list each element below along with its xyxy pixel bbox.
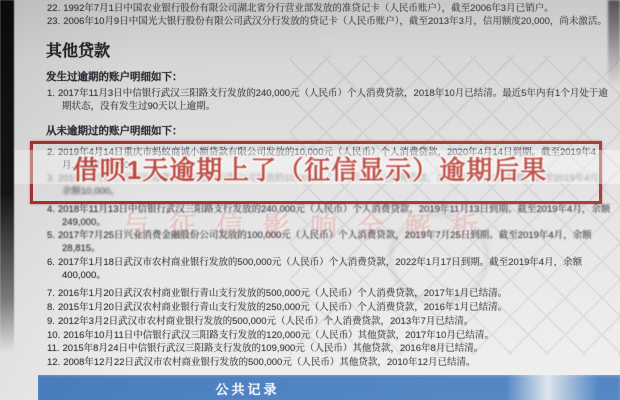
headline-text: 借呗1天逾期上了（征信显示）逾期后果 bbox=[73, 155, 547, 185]
item-text: 2012年3月2日武汉市农村商业银行发放的500,000元（人民币）个人消费贷款… bbox=[58, 316, 473, 327]
section-heading-other-loans: 其他贷款 bbox=[46, 38, 110, 61]
item-number: 9. bbox=[47, 316, 55, 327]
subsection-never-overdue-accounts: 从未逾期过的账户明细如下： bbox=[46, 123, 183, 138]
loan-item-5: 5.2017年7月25日兴业消费金融股份公司发放的100,000元（人民币）个人… bbox=[47, 229, 612, 255]
public-records-banner-label: 公共记录 bbox=[216, 379, 280, 398]
headline-overlay-line1: 借呗1天逾期上了（征信显示）逾期后果 bbox=[0, 150, 620, 184]
item-number: 10. bbox=[47, 330, 60, 341]
item-number: 12. bbox=[47, 357, 60, 368]
item-text: 2016年1月20日武汉农村商业银行青山支行发放的500,000元（人民币）个人… bbox=[58, 288, 507, 299]
item-number: 6. bbox=[47, 257, 55, 268]
loan-item-12: 12.2008年12月22日武汉市农村商业银行发放的500,000元（人民币）其… bbox=[47, 356, 612, 369]
item-text: 2015年1月20日武汉农村商业银行青山支行发放的250,000元（人民币）个人… bbox=[58, 302, 507, 313]
item-number: 11. bbox=[47, 343, 60, 354]
item-text: 2006年10月9日中国光大银行股份有限公司武汉分行发放的贷记卡（人民币账户），… bbox=[63, 16, 607, 27]
item-number: 1. bbox=[47, 88, 55, 99]
photo-dark-edge-left bbox=[0, 0, 14, 352]
item-text: 2008年12月22日武汉市农村商业银行发放的500,000元（人民币）其他贷款… bbox=[63, 357, 475, 368]
item-number: 8. bbox=[47, 302, 55, 313]
credit-report-photo: 22.1992年7月1日中国农业银行股份有限公司湖北省分行营业部发放的准贷记卡（… bbox=[0, 0, 620, 400]
subsection-overdue-accounts: 发生过逾期的账户明细如下： bbox=[46, 69, 183, 84]
loan-item-8: 8.2015年1月20日武汉农村商业银行青山支行发放的250,000元（人民币）… bbox=[47, 301, 612, 314]
item-text: 2017年7月25日兴业消费金融股份公司发放的100,000元（人民币）个人消费… bbox=[58, 230, 592, 254]
loan-item-11: 11.2015年8月24日中信银行武汉三阳路支行发放的109,900元（人民币）… bbox=[47, 342, 612, 355]
item-text: 2017年1月18日武汉市农村商业银行发放的500,000元（人民币）个人消费贷… bbox=[58, 257, 582, 281]
loan-item-1: 1.2017年11月3日中信银行武汉三阳路支行发放的240,000元（人民币）个… bbox=[47, 87, 612, 113]
item-number: 23. bbox=[47, 16, 60, 27]
loan-item-7: 7.2016年1月20日武汉农村商业银行青山支行发放的500,000元（人民币）… bbox=[47, 287, 612, 300]
loan-item-10: 10.2016年10月11日中信银行武汉三阳路支行发放的120,000元（人民币… bbox=[47, 329, 612, 342]
item-text: 1992年7月1日中国农业银行股份有限公司湖北省分行营业部发放的准贷记卡（人民币… bbox=[63, 3, 553, 14]
item-text: 2017年11月3日中信银行武汉三阳路支行发放的240,000元（人民币）个人消… bbox=[58, 88, 608, 112]
item-number: 22. bbox=[47, 3, 60, 14]
loan-item-9: 9.2012年3月2日武汉市农村商业银行发放的500,000元（人民币）个人消费… bbox=[47, 315, 612, 328]
item-number: 5. bbox=[47, 230, 55, 241]
item-text: 2016年10月11日中信银行武汉三阳路支行发放的120,000元（人民币）其他… bbox=[63, 330, 494, 341]
item-number: 7. bbox=[47, 288, 55, 299]
photo-dark-edge-top-right bbox=[608, 0, 620, 86]
loan-item-6: 6.2017年1月18日武汉市农村商业银行发放的500,000元（人民币）个人消… bbox=[47, 256, 612, 282]
public-records-banner: 公共记录 bbox=[38, 375, 620, 400]
loan-item-23: 23.2006年10月9日中国光大银行股份有限公司武汉分行发放的贷记卡（人民币账… bbox=[47, 15, 612, 28]
photo-glare bbox=[506, 375, 598, 400]
item-text: 2015年8月24日中信银行武汉三阳路支行发放的109,900元（人民币）其他贷… bbox=[63, 343, 484, 354]
loan-item-22: 22.1992年7月1日中国农业银行股份有限公司湖北省分行营业部发放的准贷记卡（… bbox=[47, 2, 612, 15]
